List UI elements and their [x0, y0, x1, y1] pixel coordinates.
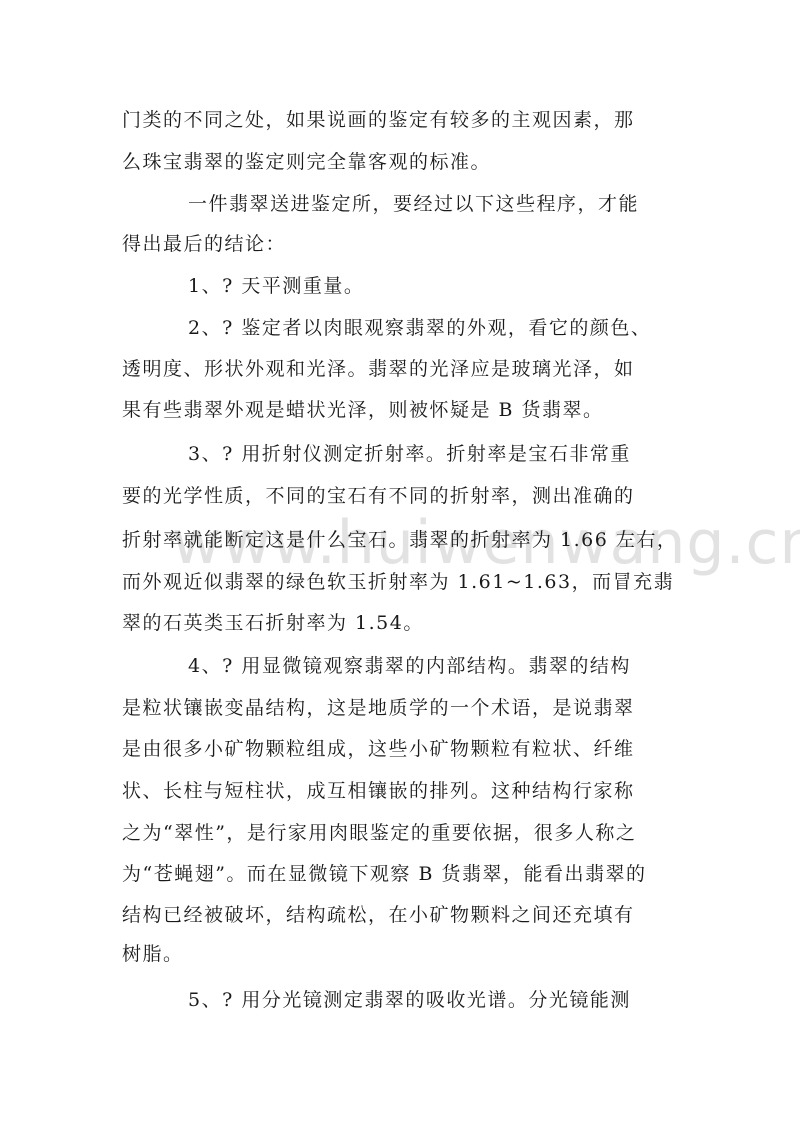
text-line: 透明度、形状外观和光泽。翡翠的光泽应是玻璃光泽，如 — [122, 357, 635, 381]
text-line: 2、? 鉴定者以肉眼观察翡翠的外观，看它的颜色、 — [188, 316, 651, 340]
text-line: 而外观近似翡翠的绿色软玉折射率为 1.61~1.63，而冒充翡 — [122, 570, 674, 594]
text-line: 是粒状镶嵌变晶结构，这是地质学的一个术语，是说翡翠 — [122, 696, 635, 720]
text-line: 得出最后的结论： — [122, 232, 286, 256]
text-line: 么珠宝翡翠的鉴定则完全靠客观的标准。 — [122, 150, 491, 174]
text-line: 1、? 天平测重量。 — [188, 274, 364, 298]
text-line: 翠的石英类玉石折射率为 1.54。 — [122, 611, 424, 635]
text-line: 要的光学性质，不同的宝石有不同的折射率，测出准确的 — [122, 484, 635, 508]
text-line: 4、? 用显微镜观察翡翠的内部结构。翡翠的结构 — [188, 654, 631, 678]
text-line: 门类的不同之处，如果说画的鉴定有较多的主观因素，那 — [122, 108, 635, 132]
text-line: 3、? 用折射仪测定折射率。折射率是宝石非常重 — [188, 442, 631, 466]
document-page: www.huiwenwang.cn 门类的不同之处，如果说画的鉴定有较多的主观因… — [0, 0, 800, 1132]
text-line: 结构已经被破坏，结构疏松，在小矿物颗料之间还充填有 — [122, 903, 635, 927]
text-line: 一件翡翠送进鉴定所，要经过以下这些程序，才能 — [188, 192, 639, 216]
text-line: 折射率就能断定这是什么宝石。翡翠的折射率为 1.66 左右， — [122, 528, 677, 552]
text-line: 果有些翡翠外观是蜡状光泽，则被怀疑是 B 货翡翠。 — [122, 398, 604, 422]
text-line: 5、? 用分光镜测定翡翠的吸收光谱。分光镜能测 — [188, 988, 631, 1012]
text-line: 树脂。 — [122, 942, 184, 966]
text-line: 状、长柱与短柱状，成互相镶嵌的排列。这种结构行家称 — [122, 779, 635, 803]
text-line: 为“苍蝇翅”。而在显微镜下观察 B 货翡翠，能看出翡翠的 — [122, 862, 646, 886]
text-line: 是由很多小矿物颗粒组成，这些小矿物颗粒有粒状、纤维 — [122, 737, 635, 761]
text-line: 之为“翠性”，是行家用肉眼鉴定的重要依据，很多人称之 — [122, 821, 636, 845]
